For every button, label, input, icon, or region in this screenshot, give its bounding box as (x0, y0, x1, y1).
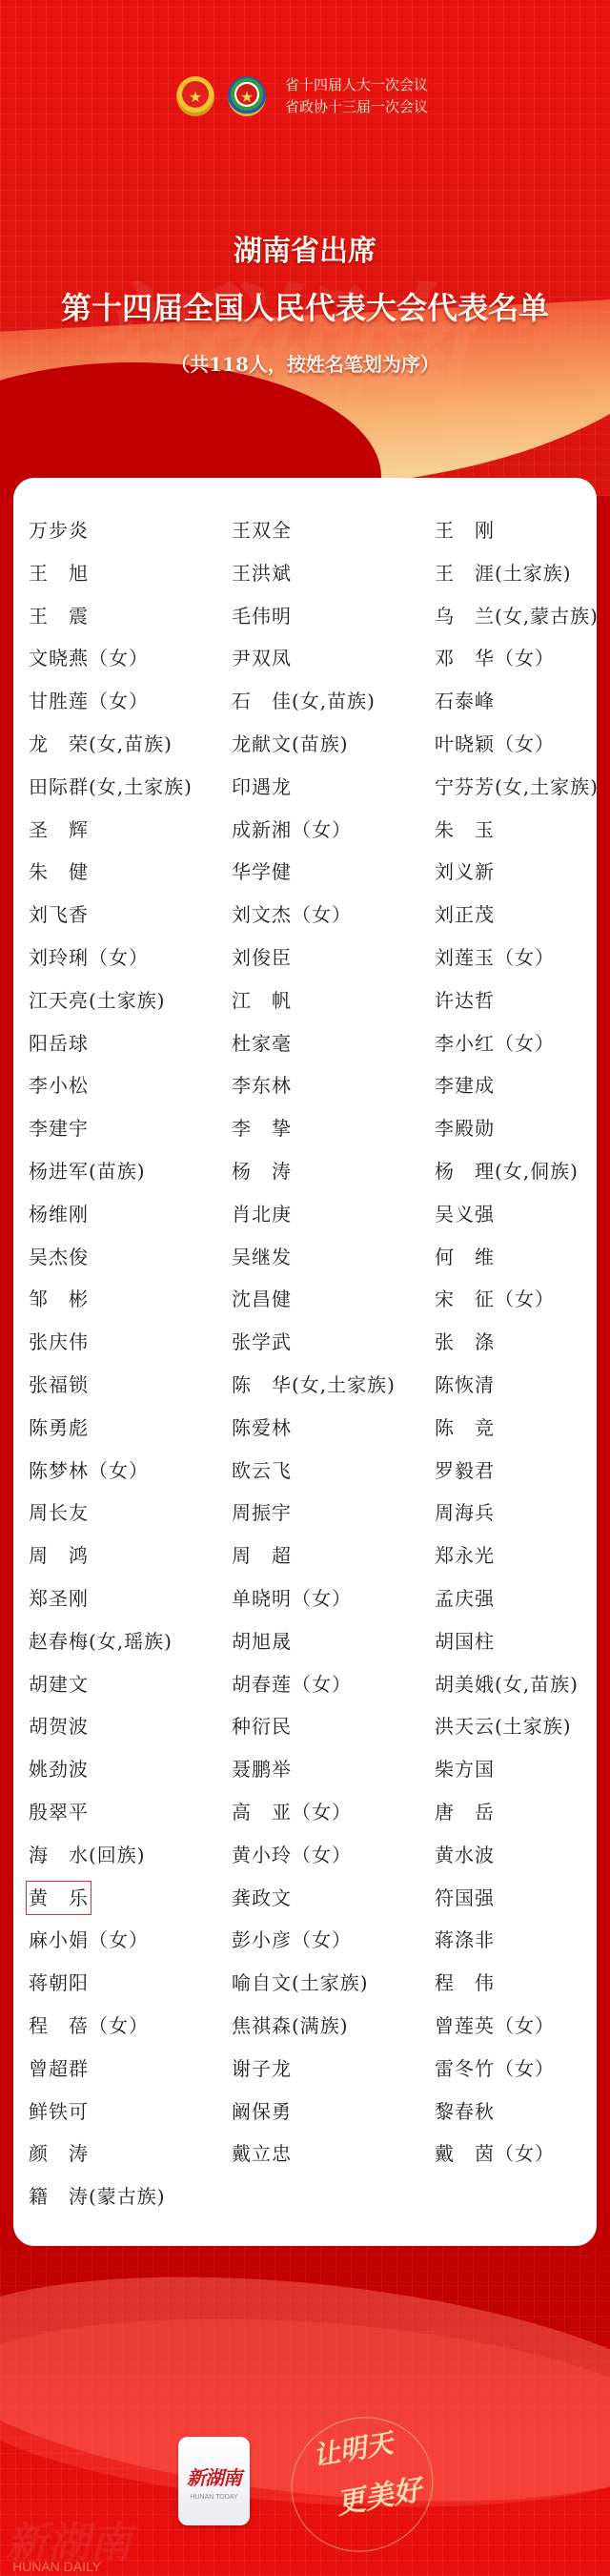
list-row: 颜 涛戴立忠戴 茵（女） (13, 2139, 597, 2168)
delegate-name: 李建宇 (29, 1114, 89, 1143)
delegate-name: 王 刚 (435, 516, 495, 545)
delegate-name: 郑圣刚 (29, 1584, 89, 1613)
list-row: 杨进军(苗族)杨 涛杨 理(女,侗族) (13, 1157, 597, 1185)
delegate-name: 符国强 (435, 1884, 495, 1912)
delegate-name: 胡国柱 (435, 1627, 495, 1656)
delegate-name: 周 鸿 (29, 1541, 89, 1570)
delegate-name: 吴继发 (232, 1243, 292, 1271)
delegate-name: 曾莲英（女） (435, 2011, 555, 2040)
delegate-name: 沈昌健 (232, 1285, 292, 1313)
delegate-name: 海 水(回族) (29, 1841, 146, 1869)
delegate-name: 欧云飞 (232, 1456, 292, 1485)
meeting-line-cppcc: 省政协十三届一次会议 (285, 96, 428, 118)
delegate-name: 聂鹏举 (232, 1755, 292, 1783)
list-row: 蒋朝阳喻自文(土家族)程 伟 (13, 1968, 597, 1997)
delegate-name: 李建成 (435, 1071, 495, 1100)
delegate-name: 杨 理(女,侗族) (435, 1157, 579, 1185)
delegate-name: 张福锁 (29, 1370, 89, 1399)
delegate-name: 石泰峰 (435, 687, 495, 715)
delegate-name: 黄水波 (435, 1841, 495, 1869)
delegate-name: 柴方国 (435, 1755, 495, 1783)
delegate-name: 阳岳球 (29, 1029, 89, 1058)
list-row: 海 水(回族)黄小玲（女）黄水波 (13, 1841, 597, 1869)
delegate-name: 陈 华(女,土家族) (232, 1370, 396, 1399)
delegate-name: 胡美娥(女,苗族) (435, 1670, 579, 1699)
delegate-name: 吴义强 (435, 1200, 495, 1228)
delegate-name: 殷翠平 (29, 1798, 89, 1826)
list-row: 王 旭王洪斌王 涯(土家族) (13, 559, 597, 587)
delegate-name: 乌 兰(女,蒙古族) (435, 602, 599, 630)
delegate-name: 甘胜莲（女） (29, 687, 149, 715)
delegate-name: 张 涤 (435, 1328, 495, 1356)
delegate-name: 王 旭 (29, 559, 89, 587)
list-row: 王 震毛伟明乌 兰(女,蒙古族) (13, 602, 597, 630)
list-row: 刘飞香刘文杰（女）刘正茂 (13, 900, 597, 929)
list-row: 陈梦林（女）欧云飞罗毅君 (13, 1456, 597, 1485)
list-row: 杨维刚肖北庚吴义强 (13, 1200, 597, 1228)
delegate-name: 杨维刚 (29, 1200, 89, 1228)
page-title-line2: 第十四届全国人民代表大会代表名单 (0, 284, 610, 328)
delegate-name: 彭小彦（女） (232, 1926, 352, 1954)
delegate-name: 陈爱林 (232, 1413, 292, 1442)
list-row: 曾超群谢子龙雷冬竹（女） (13, 2054, 597, 2083)
delegate-name: 邹 彬 (29, 1285, 89, 1313)
delegate-name: 刘玲琍（女） (29, 943, 149, 972)
delegate-name: 罗毅君 (435, 1456, 495, 1485)
delegate-name: 宋 征（女） (435, 1285, 555, 1313)
delegate-name: 喻自文(土家族) (232, 1968, 369, 1997)
delegate-name: 许达哲 (435, 986, 495, 1015)
delegate-name: 叶晓颖（女） (435, 730, 555, 758)
list-row: 田际群(女,土家族)印遇龙宁芬芳(女,土家族) (13, 773, 597, 801)
list-row: 刘玲琍（女）刘俊臣刘莲玉（女） (13, 943, 597, 972)
delegate-name: 李东林 (232, 1071, 292, 1100)
delegate-name-highlighted: 黄 乐 (29, 1884, 89, 1912)
list-row: 籍 涛(蒙古族) (13, 2182, 597, 2211)
delegate-name: 种衍民 (232, 1712, 292, 1741)
delegate-name: 尹双凤 (232, 644, 292, 672)
delegate-name: 杨进军(苗族) (29, 1157, 146, 1185)
delegate-name: 戴立忠 (232, 2139, 292, 2168)
delegate-name: 田际群(女,土家族) (29, 773, 193, 801)
delegate-name: 朱 玉 (435, 815, 495, 844)
list-row: 张福锁陈 华(女,土家族)陈恢清 (13, 1370, 597, 1399)
delegate-name: 程 蓓（女） (29, 2011, 149, 2040)
list-row: 周 鸿周 超郑永光 (13, 1541, 597, 1570)
delegate-name: 印遇龙 (232, 773, 292, 801)
delegate-name: 江天亮(土家族) (29, 986, 166, 1015)
delegate-name: 宁芬芳(女,土家族) (435, 773, 599, 801)
delegate-name: 王双全 (232, 516, 292, 545)
delegate-name: 朱 健 (29, 857, 89, 886)
delegate-name: 龚政文 (232, 1884, 292, 1912)
delegate-name: 李殿勋 (435, 1114, 495, 1143)
delegate-name: 刘俊臣 (232, 943, 292, 972)
delegate-name: 李小松 (29, 1071, 89, 1100)
app-logo-english: HUNAN TODAY (190, 2494, 237, 2501)
delegate-name: 雷冬竹（女） (435, 2054, 555, 2083)
app-logo-name: 新湖南 (187, 2463, 241, 2490)
delegate-name: 单晓明（女） (232, 1584, 352, 1613)
hunan-today-app-logo[interactable]: 新湖南 HUNAN TODAY (178, 2437, 250, 2525)
list-row: 甘胜莲（女）石 佳(女,苗族)石泰峰 (13, 687, 597, 715)
delegate-name: 姚劲波 (29, 1755, 89, 1783)
header-banner: 新湖南 ★ ★ 省十四届人大一次会议 省政协十三届一次会议 湖南省出席 第十四届… (0, 0, 610, 496)
delegate-name: 文晓燕（女） (29, 644, 149, 672)
delegate-name: 刘飞香 (29, 900, 89, 929)
delegate-name: 何 维 (435, 1243, 495, 1271)
list-row: 鲜铁可阚保勇黎春秋 (13, 2097, 597, 2126)
list-row: 邹 彬沈昌健宋 征（女） (13, 1285, 597, 1313)
delegate-name: 麻小娟（女） (29, 1926, 149, 1954)
list-row: 周长友周振宇周海兵 (13, 1498, 597, 1527)
delegate-name: 胡春莲（女） (232, 1670, 352, 1699)
footer-banner: 新湖南 HUNAN TODAY 让明天 更美好 新湖南 HUNAN DAILY (0, 2246, 610, 2576)
delegate-name: 毛伟明 (232, 602, 292, 630)
delegate-name: 李小红（女） (435, 1029, 555, 1058)
delegate-name: 王 涯(土家族) (435, 559, 572, 587)
list-row: 殷翠平高 亚（女）唐 岳 (13, 1798, 597, 1826)
delegate-name: 鲜铁可 (29, 2097, 89, 2126)
delegate-name: 杨 涛 (232, 1157, 292, 1185)
delegate-name: 杜家毫 (232, 1029, 292, 1058)
delegate-name: 焦祺森(满族) (232, 2011, 349, 2040)
list-row: 姚劲波聂鹏举柴方国 (13, 1755, 597, 1783)
delegate-name: 周振宇 (232, 1498, 292, 1527)
list-row: 张庆伟张学武张 涤 (13, 1328, 597, 1356)
delegate-name: 江 帆 (232, 986, 292, 1015)
delegate-name: 郑永光 (435, 1541, 495, 1570)
delegate-name: 阚保勇 (232, 2097, 292, 2126)
list-row: 江天亮(土家族)江 帆许达哲 (13, 986, 597, 1015)
delegate-name: 龙献文(苗族) (232, 730, 349, 758)
delegate-name: 张学武 (232, 1328, 292, 1356)
delegate-name: 高 亚（女） (232, 1798, 352, 1826)
list-row: 李建宇李 挚李殿勋 (13, 1114, 597, 1143)
delegate-name: 肖北庚 (232, 1200, 292, 1228)
delegate-name: 龙 荣(女,苗族) (29, 730, 173, 758)
list-row: 胡贺波种衍民洪天云(土家族) (13, 1712, 597, 1741)
page-title-line1: 湖南省出席 (0, 227, 610, 269)
delegate-name: 陈恢清 (435, 1370, 495, 1399)
delegate-name: 吴杰俊 (29, 1243, 89, 1271)
delegate-name: 周 超 (232, 1541, 292, 1570)
delegate-name: 成新湘（女） (232, 815, 352, 844)
delegate-name: 黎春秋 (435, 2097, 495, 2126)
delegate-name: 圣 辉 (29, 815, 89, 844)
list-row: 黄 乐龚政文符国强 (13, 1884, 597, 1912)
cppcc-emblem-icon: ★ (228, 76, 266, 116)
list-row: 万步炎王双全王 刚 (13, 516, 597, 545)
delegate-name: 籍 涛(蒙古族) (29, 2182, 166, 2211)
delegate-name: 石 佳(女,苗族) (232, 687, 376, 715)
delegate-name: 胡建文 (29, 1670, 89, 1699)
delegate-name: 刘莲玉（女） (435, 943, 555, 972)
delegate-name: 万步炎 (29, 516, 89, 545)
list-row: 李小松李东林李建成 (13, 1071, 597, 1100)
emblem-group: ★ ★ 省十四届人大一次会议 省政协十三届一次会议 (176, 74, 428, 118)
list-row: 陈勇彪陈爱林陈 竞 (13, 1413, 597, 1442)
delegate-name: 戴 茵（女） (435, 2139, 555, 2168)
delegate-name: 张庆伟 (29, 1328, 89, 1356)
delegate-name: 李 挚 (232, 1114, 292, 1143)
list-row: 程 蓓（女）焦祺森(满族)曾莲英（女） (13, 2011, 597, 2040)
brand-english: HUNAN DAILY (12, 2559, 101, 2574)
delegate-name: 洪天云(土家族) (435, 1712, 572, 1741)
delegate-name: 胡贺波 (29, 1712, 89, 1741)
delegate-name: 周海兵 (435, 1498, 495, 1527)
list-row: 阳岳球杜家毫李小红（女） (13, 1029, 597, 1058)
delegate-name: 孟庆强 (435, 1584, 495, 1613)
list-row: 麻小娟（女）彭小彦（女）蒋涤非 (13, 1926, 597, 1954)
delegate-name: 王 震 (29, 602, 89, 630)
delegate-name: 华学健 (232, 857, 292, 886)
delegate-name: 刘文杰（女） (232, 900, 352, 929)
delegate-name: 谢子龙 (232, 2054, 292, 2083)
delegate-name: 陈梦林（女） (29, 1456, 149, 1485)
delegate-name: 曾超群 (29, 2054, 89, 2083)
list-row: 郑圣刚单晓明（女）孟庆强 (13, 1584, 597, 1613)
delegate-name: 黄小玲（女） (232, 1841, 352, 1869)
list-row: 圣 辉成新湘（女）朱 玉 (13, 815, 597, 844)
list-row: 文晓燕（女）尹双凤邓 华（女） (13, 644, 597, 672)
list-row: 朱 健华学健刘义新 (13, 857, 597, 886)
delegate-name: 唐 岳 (435, 1798, 495, 1826)
delegate-name: 刘正茂 (435, 900, 495, 929)
delegate-name: 刘义新 (435, 857, 495, 886)
delegate-list-card: 万步炎王双全王 刚王 旭王洪斌王 涯(土家族)王 震毛伟明乌 兰(女,蒙古族)文… (13, 478, 597, 2246)
delegate-name: 邓 华（女） (435, 644, 555, 672)
delegate-name: 蒋朝阳 (29, 1968, 89, 1997)
delegate-name: 颜 涛 (29, 2139, 89, 2168)
list-row: 胡建文胡春莲（女）胡美娥(女,苗族) (13, 1670, 597, 1699)
delegate-name: 胡旭晟 (232, 1627, 292, 1656)
delegate-name: 周长友 (29, 1498, 89, 1527)
national-emblem-icon: ★ (176, 76, 214, 116)
list-row: 龙 荣(女,苗族)龙献文(苗族)叶晓颖（女） (13, 730, 597, 758)
delegate-name: 陈 竞 (435, 1413, 495, 1442)
list-row: 吴杰俊吴继发何 维 (13, 1243, 597, 1271)
delegate-name: 赵春梅(女,瑶族) (29, 1627, 173, 1656)
page-subtitle: （共118人，按姓名笔划为序） (0, 349, 610, 377)
meeting-line-npc: 省十四届人大一次会议 (285, 74, 428, 96)
meeting-names: 省十四届人大一次会议 省政协十三届一次会议 (285, 74, 428, 118)
list-row: 赵春梅(女,瑶族)胡旭晟胡国柱 (13, 1627, 597, 1656)
delegate-name: 王洪斌 (232, 559, 292, 587)
delegate-name: 程 伟 (435, 1968, 495, 1997)
delegate-name: 陈勇彪 (29, 1413, 89, 1442)
delegate-name: 蒋涤非 (435, 1926, 495, 1954)
